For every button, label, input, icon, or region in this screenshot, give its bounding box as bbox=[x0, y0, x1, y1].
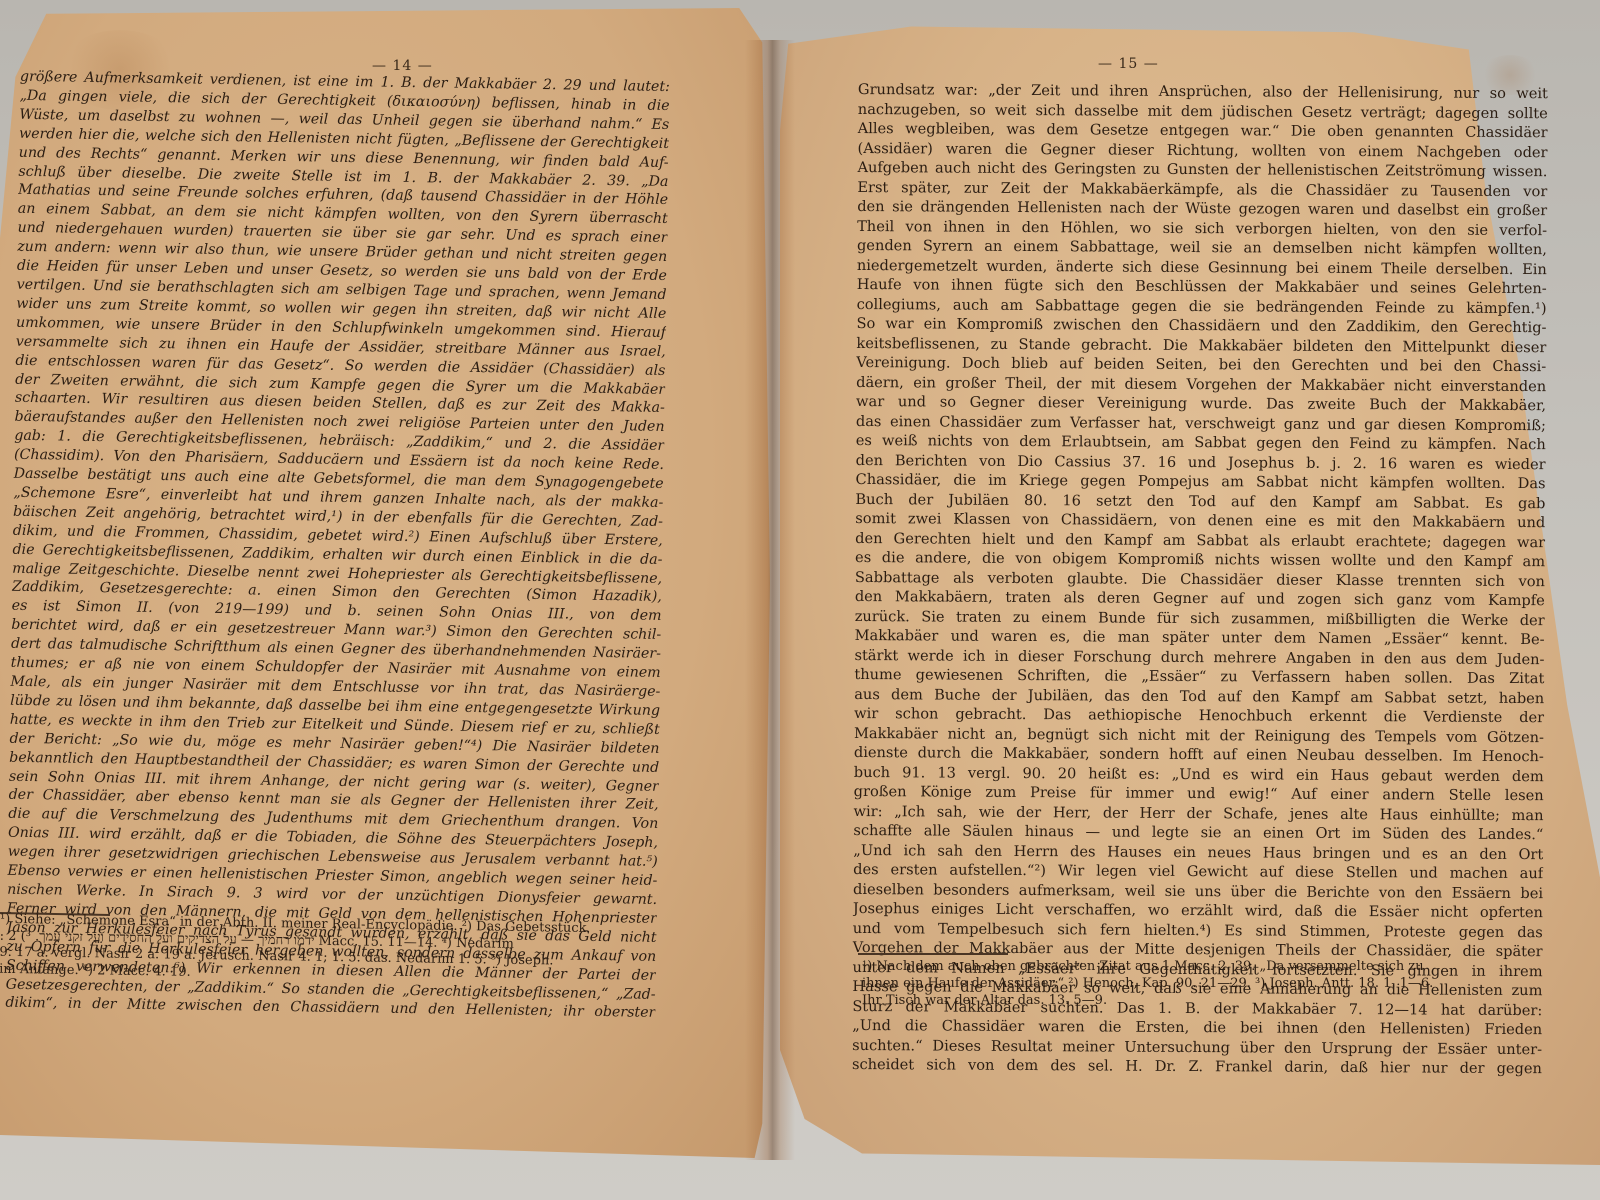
page-number-left: — 14 — bbox=[372, 58, 433, 74]
footnote-line: ihnen ein Haufe der Assidäer.“ ²) Henoch… bbox=[862, 975, 1552, 992]
footnote-line: Ihr Tisch war der Altar das. 13. 5—9. bbox=[862, 992, 1552, 1009]
page-number-right: — 15 — bbox=[1098, 56, 1159, 72]
footnote-divider-right bbox=[858, 953, 1008, 955]
left-page-body-text: größere Aufmerksamkeit verdienen, ist ei… bbox=[5, 68, 670, 1023]
footnote-line: ¹) Nach dem auch oben gebrachten Zitat a… bbox=[862, 958, 1552, 975]
right-page-body-text: Grundsatz war: „der Zeit und ihren Anspr… bbox=[852, 80, 1548, 1079]
left-page-footnotes: ¹) Siehe: „Schemone Esra“ in der Abth. I… bbox=[0, 912, 650, 988]
right-page-footnotes: ¹) Nach dem auch oben gebrachten Zitat a… bbox=[862, 958, 1552, 1009]
